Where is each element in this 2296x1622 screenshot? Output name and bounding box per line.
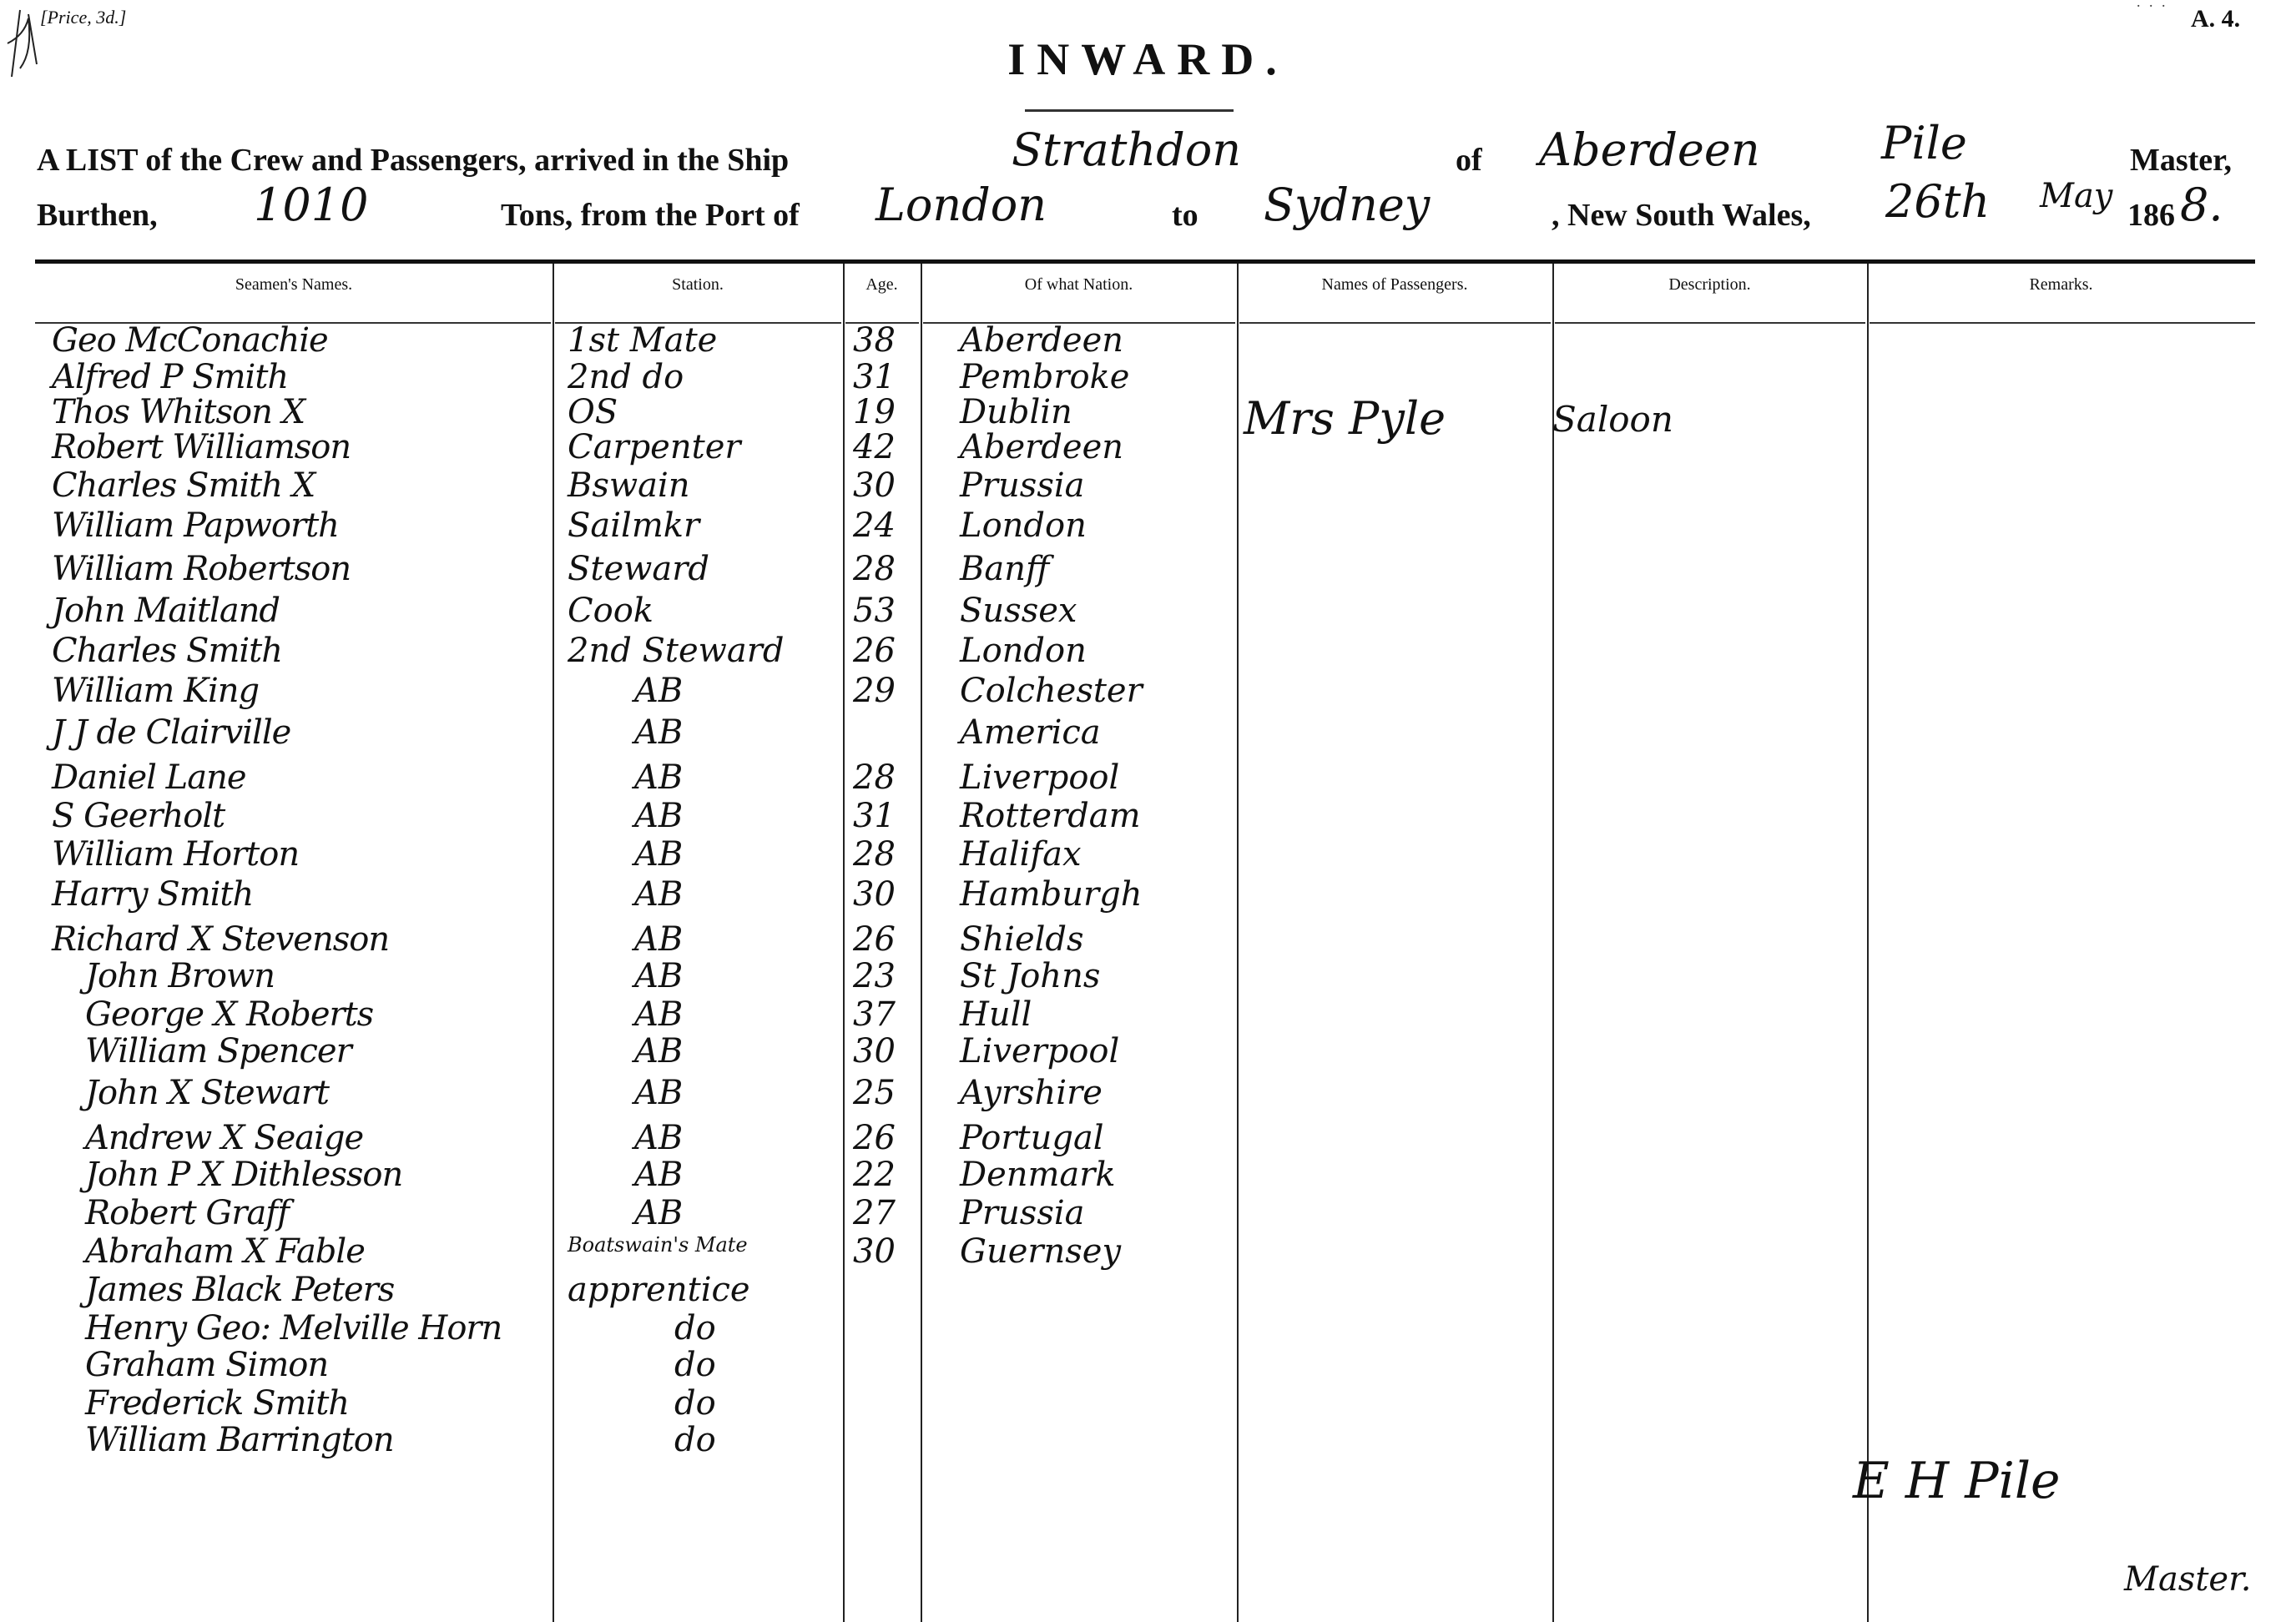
table-top-rule	[35, 259, 2255, 264]
nation: London	[960, 634, 1087, 667]
age: 28	[853, 552, 896, 586]
nation: Prussia	[960, 469, 1085, 502]
page-title: INWARD.	[0, 33, 2296, 85]
age: 31	[853, 360, 896, 394]
column-divider	[843, 264, 845, 1622]
column-header-passenger-names: Names of Passengers.	[1237, 275, 1552, 295]
age: 25	[853, 1076, 896, 1110]
seaman-name: William Papworth	[52, 509, 339, 542]
seaman-name: Frederick Smith	[85, 1387, 349, 1420]
to-label: to	[1172, 197, 1198, 234]
nation: Ayrshire	[960, 1076, 1103, 1110]
age: 31	[853, 799, 896, 833]
nation: Hull	[960, 998, 1032, 1031]
nation: Portugal	[960, 1121, 1104, 1155]
station: AB	[634, 1158, 683, 1191]
station: AB	[634, 960, 683, 993]
form-number: A. 4.	[2191, 5, 2240, 33]
nation: Dublin	[960, 395, 1072, 429]
column-divider	[1237, 264, 1239, 1622]
nation: Rotterdam	[960, 799, 1141, 833]
station: do	[674, 1423, 716, 1457]
of-label: of	[1456, 142, 1482, 179]
seaman-name: William Spencer	[85, 1035, 351, 1068]
column-header-station: Station.	[553, 275, 843, 295]
nation: Hamburgh	[960, 878, 1143, 911]
age: 53	[853, 594, 896, 627]
to-port-field: Sydney	[1264, 179, 1430, 231]
column-divider	[1552, 264, 1554, 1622]
station: do	[674, 1348, 716, 1382]
seaman-name: Harry Smith	[52, 878, 253, 911]
station: AB	[634, 923, 683, 956]
nation: St Johns	[960, 960, 1100, 993]
master-signature: E H Pile	[1853, 1452, 2061, 1510]
seaman-name: Charles Smith	[52, 634, 282, 667]
nation: Guernsey	[960, 1235, 1121, 1268]
age: 22	[853, 1158, 896, 1191]
station: Sailmkr	[568, 509, 699, 542]
age: 37	[853, 998, 896, 1031]
station: apprentice	[568, 1273, 750, 1307]
column-divider	[553, 264, 554, 1622]
station: AB	[634, 1076, 683, 1110]
master-name-field: Pile	[1881, 117, 1967, 169]
column-header-description: Description.	[1552, 275, 1867, 295]
seaman-name: Andrew X Seaige	[85, 1121, 363, 1155]
age: 30	[853, 1035, 896, 1068]
station: do	[674, 1312, 716, 1345]
seaman-name: Alfred P Smith	[52, 360, 288, 394]
station: 2nd Steward	[568, 634, 785, 667]
region-label: , New South Wales,	[1552, 197, 1811, 234]
age: 26	[853, 634, 896, 667]
seaman-name: John X Stewart	[85, 1076, 329, 1110]
seaman-name: Thos Whitson X	[52, 395, 305, 429]
seaman-name: John P X Dithlesson	[85, 1158, 402, 1191]
station: AB	[634, 1121, 683, 1155]
year-prefix-label: 186	[2127, 197, 2175, 234]
station: AB	[634, 799, 683, 833]
seaman-name: William King	[52, 674, 259, 708]
nation: Aberdeen	[960, 431, 1123, 464]
seaman-name: Abraham X Fable	[85, 1235, 365, 1268]
nation: Liverpool	[960, 761, 1119, 794]
age: 26	[853, 923, 896, 956]
station: AB	[634, 878, 683, 911]
seaman-name: William Horton	[52, 838, 299, 871]
seaman-name: Daniel Lane	[52, 761, 246, 794]
column-divider	[1867, 264, 1869, 1622]
age: 30	[853, 469, 896, 502]
age: 30	[853, 1235, 896, 1268]
signature-title: Master.	[2124, 1560, 2252, 1599]
age: 23	[853, 960, 896, 993]
seaman-name: Richard X Stevenson	[52, 923, 389, 956]
station: Cook	[568, 594, 653, 627]
age: 42	[853, 431, 896, 464]
station: AB	[634, 838, 683, 871]
passenger-name: Mrs Pyle	[1244, 392, 1446, 445]
age: 28	[853, 838, 896, 871]
form-code: . . .	[2137, 0, 2168, 11]
arrival-day-field: 26th	[1885, 175, 1990, 228]
tons-label: Tons, from the Port of	[501, 197, 800, 234]
burthen-label: Burthen,	[37, 197, 158, 234]
passenger-description: Saloon	[1552, 399, 1673, 440]
station: OS	[568, 395, 618, 429]
nation: Shields	[960, 923, 1084, 956]
station: Boatswain's Mate	[568, 1235, 748, 1255]
station: AB	[634, 1196, 683, 1230]
nation: Sussex	[960, 594, 1077, 627]
age: 27	[853, 1196, 896, 1230]
seaman-name: John Brown	[85, 960, 275, 993]
year-suffix-field: 8.	[2180, 179, 2223, 231]
seaman-name: Charles Smith X	[52, 469, 315, 502]
seaman-name: Henry Geo: Melville Horn	[85, 1312, 502, 1345]
seaman-name: S Geerholt	[52, 799, 225, 833]
age: 24	[853, 509, 896, 542]
seaman-name: J J de Clairville	[52, 716, 290, 749]
age: 28	[853, 761, 896, 794]
station: AB	[634, 998, 683, 1031]
station: Carpenter	[568, 431, 740, 464]
master-label: Master,	[2130, 142, 2232, 179]
age: 26	[853, 1121, 896, 1155]
station: AB	[634, 716, 683, 749]
station: AB	[634, 674, 683, 708]
station: do	[674, 1387, 716, 1420]
seaman-name: Robert Graff	[85, 1196, 289, 1230]
nation: London	[960, 509, 1087, 542]
header-underline	[1555, 322, 1865, 324]
nation: Colchester	[960, 674, 1143, 708]
column-header-nation: Of what Nation.	[921, 275, 1237, 295]
nation: Halifax	[960, 838, 1082, 871]
seaman-name: William Robertson	[52, 552, 351, 586]
tons-field: 1010	[254, 179, 368, 231]
column-header-age: Age.	[843, 275, 921, 295]
nation: America	[960, 716, 1101, 749]
seaman-name: Graham Simon	[85, 1348, 328, 1382]
from-port-field: London	[876, 179, 1047, 231]
nation: Denmark	[960, 1158, 1116, 1191]
column-divider	[921, 264, 922, 1622]
home-port-field: Aberdeen	[1539, 123, 1760, 176]
station: Steward	[568, 552, 709, 586]
nation: Aberdeen	[960, 324, 1123, 357]
ship-name-field: Strathdon	[1012, 123, 1241, 176]
nation: Pembroke	[960, 360, 1129, 394]
seaman-name: Geo McConachie	[52, 324, 328, 357]
column-header-remarks: Remarks.	[1867, 275, 2255, 295]
price-note: [Price, 3d.]	[40, 7, 126, 28]
station: 1st Mate	[568, 324, 717, 357]
station: AB	[634, 761, 683, 794]
header-underline	[1239, 322, 1551, 324]
station: Bswain	[568, 469, 690, 502]
seaman-name: William Barrington	[85, 1423, 394, 1457]
column-header-seamens-names: Seamen's Names.	[35, 275, 553, 295]
age: 30	[853, 878, 896, 911]
station: AB	[634, 1035, 683, 1068]
ship-overline-divider	[1025, 109, 1234, 112]
age: 29	[853, 674, 896, 708]
station: 2nd do	[568, 360, 684, 394]
seaman-name: James Black Peters	[85, 1273, 394, 1307]
header-underline	[1870, 322, 2255, 324]
age: 19	[853, 395, 896, 429]
seaman-name: George X Roberts	[85, 998, 373, 1031]
nation: Liverpool	[960, 1035, 1119, 1068]
nation: Banff	[960, 552, 1049, 586]
nation: Prussia	[960, 1196, 1085, 1230]
arrival-month-field: May	[2040, 177, 2112, 215]
list-intro-text: A LIST of the Crew and Passengers, arriv…	[37, 142, 789, 179]
seaman-name: John Maitland	[52, 594, 280, 627]
age: 38	[853, 324, 896, 357]
seaman-name: Robert Williamson	[52, 431, 351, 464]
